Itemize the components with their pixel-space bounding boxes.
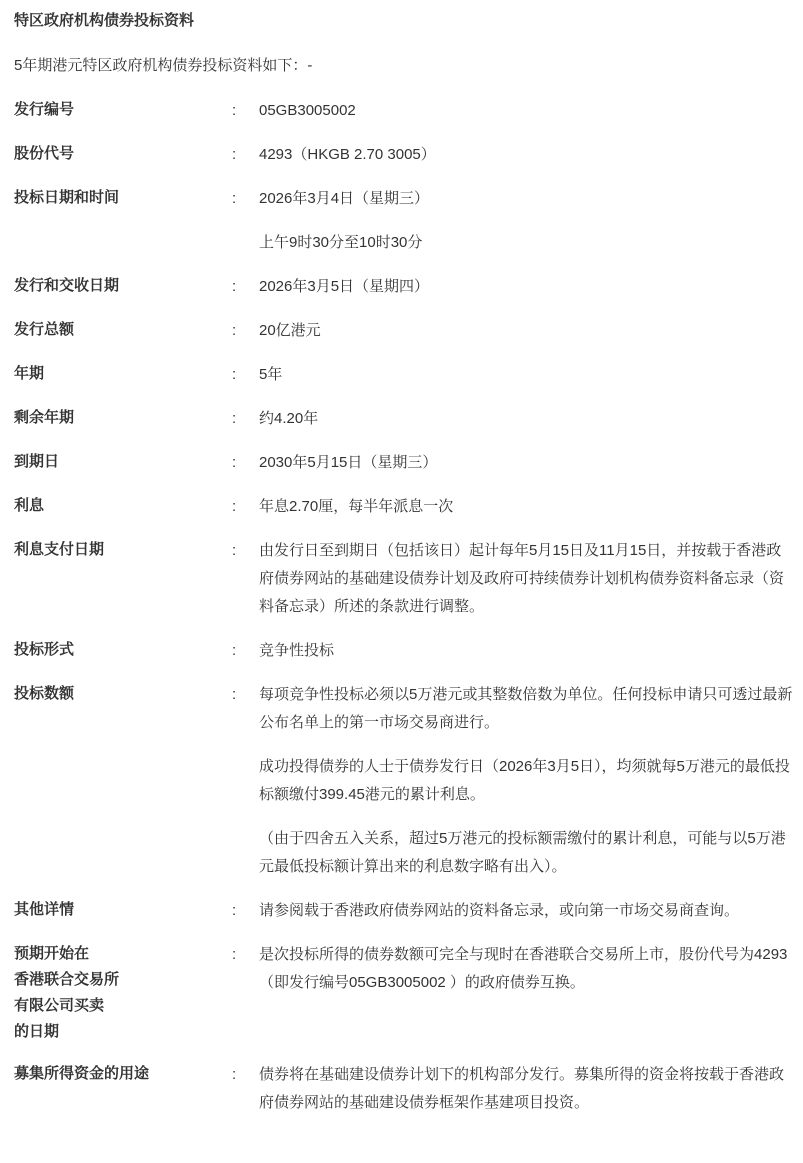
field-separator: : (232, 97, 259, 125)
table-row: 股份代号 : 4293（HKGB 2.70 3005） (14, 141, 793, 169)
field-value: 是次投标所得的债券数额可完全与现时在香港联合交易所上市，股份代号为4293（即发… (259, 941, 793, 997)
table-row: 到期日 : 2030年5月15日（星期三） (14, 449, 793, 477)
field-label-line: 有限公司买卖 (14, 993, 232, 1019)
field-value: 05GB3005002 (259, 97, 793, 125)
field-value-paragraph: 上午9时30分至10时30分 (259, 229, 793, 257)
field-value-paragraph: 20亿港元 (259, 317, 793, 345)
page-background: { "colors": { "text": "#333333", "backgr… (0, 0, 803, 1163)
field-value-paragraph: 2026年3月4日（星期三） (259, 185, 793, 213)
field-separator: : (232, 1061, 259, 1089)
field-separator: : (232, 941, 259, 969)
table-row: 投标数额 : 每项竞争性投标必须以5万港元或其整数倍数为单位。任何投标申请只可透… (14, 681, 793, 881)
field-value-paragraph: 请参阅载于香港政府债券网站的资料备忘录，或向第一市场交易商查询。 (259, 897, 793, 925)
table-row: 募集所得资金的用途 : 债券将在基础建设债券计划下的机构部分发行。募集所得的资金… (14, 1061, 793, 1117)
field-value-paragraph: 成功投得债券的人士于债券发行日（2026年3月5日），均须就每5万港元的最低投标… (259, 753, 793, 809)
field-label: 募集所得资金的用途 (14, 1061, 232, 1087)
field-separator: : (232, 405, 259, 433)
field-value: 竞争性投标 (259, 637, 793, 665)
field-label: 利息 (14, 493, 232, 519)
table-row: 利息 : 年息2.70厘，每半年派息一次 (14, 493, 793, 521)
table-row: 发行总额 : 20亿港元 (14, 317, 793, 345)
field-value-paragraph: 2026年3月5日（星期四） (259, 273, 793, 301)
field-value: 2026年3月4日（星期三）上午9时30分至10时30分 (259, 185, 793, 257)
field-label: 投标日期和时间 (14, 185, 232, 211)
field-label-line: 股份代号 (14, 141, 232, 167)
page-title: 特区政府机构债券投标资料 (14, 7, 793, 35)
field-label: 发行总额 (14, 317, 232, 343)
table-row: 投标日期和时间 : 2026年3月4日（星期三）上午9时30分至10时30分 (14, 185, 793, 257)
field-label: 发行和交收日期 (14, 273, 232, 299)
field-separator: : (232, 637, 259, 665)
bond-tender-document: 特区政府机构债券投标资料 5年期港元特区政府机构债券投标资料如下：- 发行编号 … (0, 0, 803, 1163)
field-value: 约4.20年 (259, 405, 793, 433)
field-separator: : (232, 537, 259, 565)
field-value-paragraph: 由发行日至到期日（包括该日）起计每年5月15日及11月15日，并按载于香港政府债… (259, 537, 793, 621)
field-label-line: 年期 (14, 361, 232, 387)
field-separator: : (232, 361, 259, 389)
field-separator: : (232, 449, 259, 477)
table-row: 年期 : 5年 (14, 361, 793, 389)
field-value-paragraph: 每项竞争性投标必须以5万港元或其整数倍数为单位。任何投标申请只可透过最新公布名单… (259, 681, 793, 737)
field-separator: : (232, 185, 259, 213)
field-separator: : (232, 317, 259, 345)
field-label-line: 投标日期和时间 (14, 185, 232, 211)
table-row: 预期开始在香港联合交易所有限公司买卖的日期 : 是次投标所得的债券数额可完全与现… (14, 941, 793, 1045)
field-value: 2030年5月15日（星期三） (259, 449, 793, 477)
field-value-paragraph: （由于四舍五入关系，超过5万港元的投标额需缴付的累计利息，可能与以5万港元最低投… (259, 825, 793, 881)
field-value: 债券将在基础建设债券计划下的机构部分发行。募集所得的资金将按载于香港政府债券网站… (259, 1061, 793, 1117)
field-separator: : (232, 897, 259, 925)
field-separator: : (232, 493, 259, 521)
field-label: 发行编号 (14, 97, 232, 123)
field-value-paragraph: 竞争性投标 (259, 637, 793, 665)
field-value-paragraph: 年息2.70厘，每半年派息一次 (259, 493, 793, 521)
field-label-line: 发行总额 (14, 317, 232, 343)
field-value-paragraph: 约4.20年 (259, 405, 793, 433)
field-value-paragraph: 债券将在基础建设债券计划下的机构部分发行。募集所得的资金将按载于香港政府债券网站… (259, 1061, 793, 1117)
field-label: 年期 (14, 361, 232, 387)
field-label-line: 剩余年期 (14, 405, 232, 431)
field-label-line: 香港联合交易所 (14, 967, 232, 993)
field-label-line: 到期日 (14, 449, 232, 475)
field-label: 预期开始在香港联合交易所有限公司买卖的日期 (14, 941, 232, 1045)
info-table: 发行编号 : 05GB3005002 股份代号 : 4293（HKGB 2.70… (14, 97, 793, 1117)
field-value: 年息2.70厘，每半年派息一次 (259, 493, 793, 521)
field-label-line: 的日期 (14, 1019, 232, 1045)
field-value-paragraph: 4293（HKGB 2.70 3005） (259, 141, 793, 169)
doc-subtitle: 5年期港元特区政府机构债券投标资料如下：- (14, 52, 793, 80)
field-label-line: 发行编号 (14, 97, 232, 123)
field-label-line: 预期开始在 (14, 941, 232, 967)
field-label: 到期日 (14, 449, 232, 475)
field-label-line: 利息支付日期 (14, 537, 232, 563)
table-row: 其他详情 : 请参阅载于香港政府债券网站的资料备忘录，或向第一市场交易商查询。 (14, 897, 793, 925)
field-label-line: 投标数额 (14, 681, 232, 707)
field-value: 4293（HKGB 2.70 3005） (259, 141, 793, 169)
table-row: 剩余年期 : 约4.20年 (14, 405, 793, 433)
field-label: 投标数额 (14, 681, 232, 707)
field-value-paragraph: 2030年5月15日（星期三） (259, 449, 793, 477)
field-value: 每项竞争性投标必须以5万港元或其整数倍数为单位。任何投标申请只可透过最新公布名单… (259, 681, 793, 881)
field-value: 20亿港元 (259, 317, 793, 345)
field-label: 剩余年期 (14, 405, 232, 431)
field-separator: : (232, 273, 259, 301)
table-row: 利息支付日期 : 由发行日至到期日（包括该日）起计每年5月15日及11月15日，… (14, 537, 793, 621)
field-value: 5年 (259, 361, 793, 389)
field-separator: : (232, 141, 259, 169)
field-label-line: 利息 (14, 493, 232, 519)
field-value-paragraph: 是次投标所得的债券数额可完全与现时在香港联合交易所上市，股份代号为4293（即发… (259, 941, 793, 997)
field-value: 由发行日至到期日（包括该日）起计每年5月15日及11月15日，并按载于香港政府债… (259, 537, 793, 621)
field-label: 利息支付日期 (14, 537, 232, 563)
field-label-line: 投标形式 (14, 637, 232, 663)
table-row: 发行和交收日期 : 2026年3月5日（星期四） (14, 273, 793, 301)
field-label-line: 募集所得资金的用途 (14, 1061, 232, 1087)
field-value: 2026年3月5日（星期四） (259, 273, 793, 301)
field-label: 股份代号 (14, 141, 232, 167)
field-label-line: 其他详情 (14, 897, 232, 923)
field-value: 请参阅载于香港政府债券网站的资料备忘录，或向第一市场交易商查询。 (259, 897, 793, 925)
table-row: 发行编号 : 05GB3005002 (14, 97, 793, 125)
field-separator: : (232, 681, 259, 709)
table-row: 投标形式 : 竞争性投标 (14, 637, 793, 665)
field-value-paragraph: 05GB3005002 (259, 97, 793, 125)
field-label: 投标形式 (14, 637, 232, 663)
field-value-paragraph: 5年 (259, 361, 793, 389)
field-label: 其他详情 (14, 897, 232, 923)
field-label-line: 发行和交收日期 (14, 273, 232, 299)
